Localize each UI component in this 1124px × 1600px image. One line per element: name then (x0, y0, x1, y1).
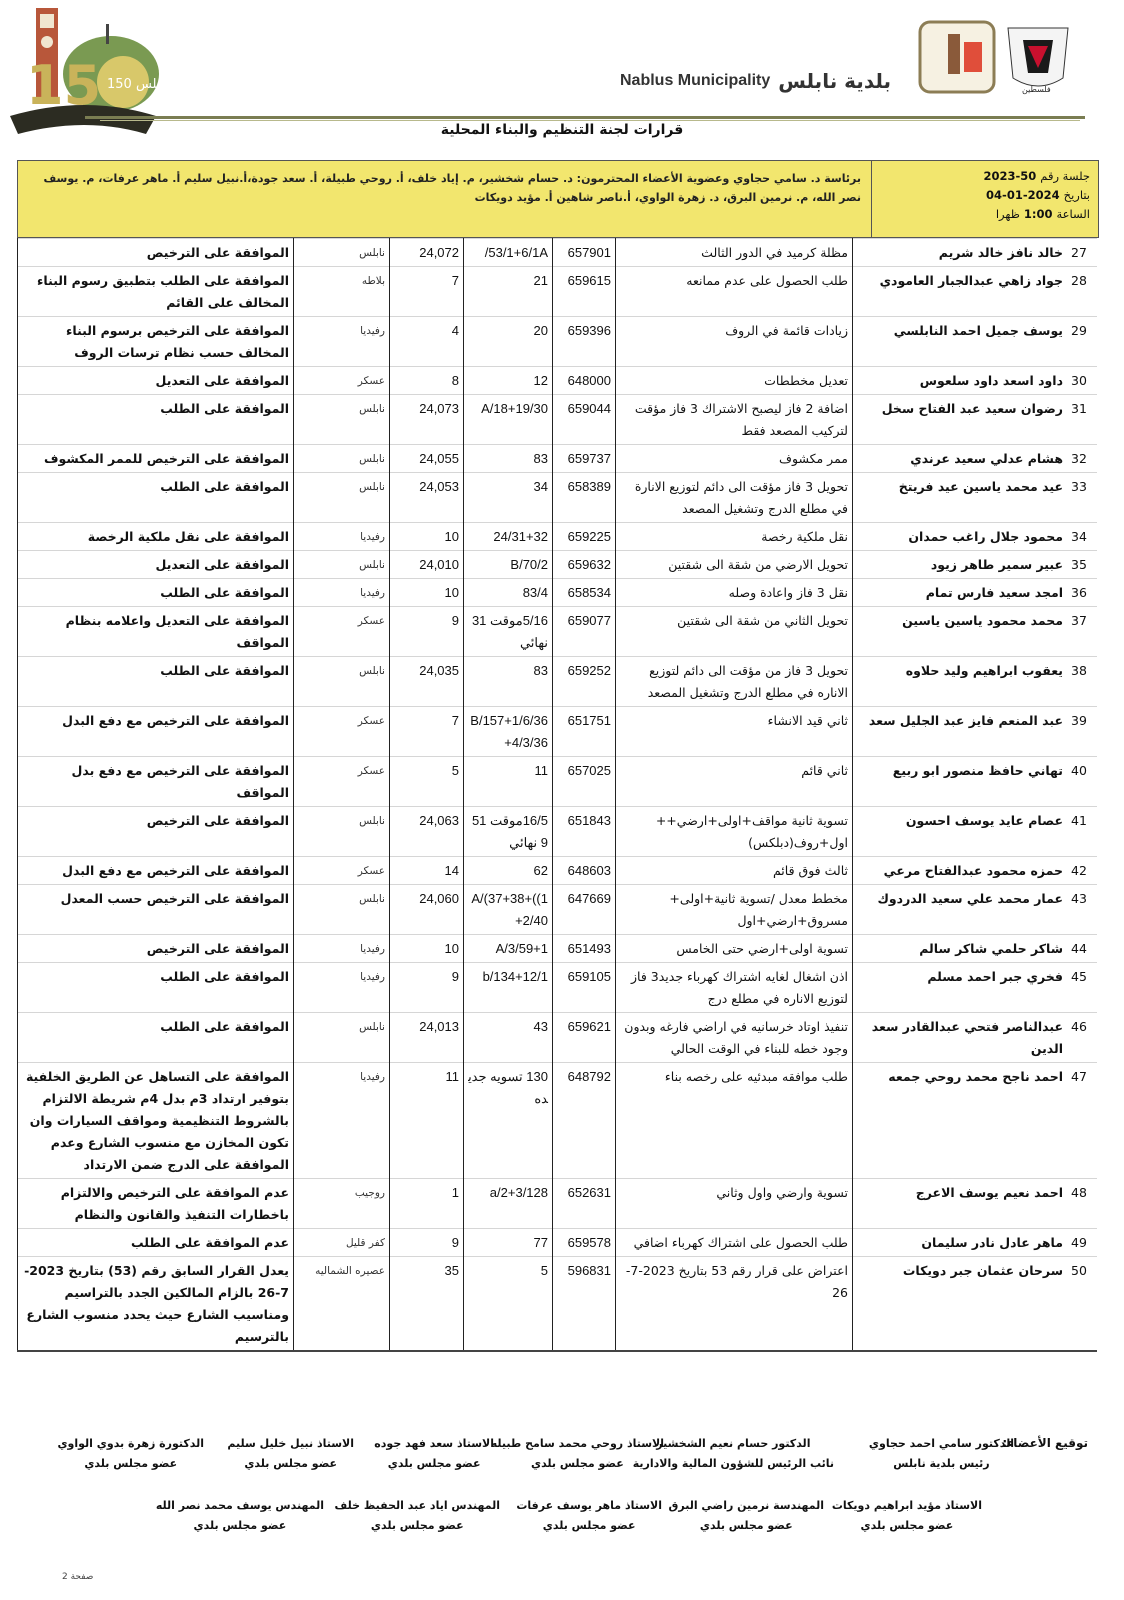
applicant-name: احمد نعيم يوسف الاعرج (853, 1179, 1068, 1229)
applicant-name: محمد محمود ياسين ياسين (853, 607, 1068, 657)
area-name: نابلس (294, 657, 390, 707)
table-row: 39عبد المنعم فايز عبد الجليل سعدثاني قيد… (18, 707, 1098, 757)
basin-number: 10 (390, 523, 464, 551)
basin-number: 24,073 (390, 395, 464, 445)
session-number: جلسة رقم 50-2023 (880, 167, 1090, 186)
request-description: طلب الحصول على عدم ممانعه (616, 267, 853, 317)
table-row: 40تهاني حافظ منصور ابو ربيعثاني قائم6570… (18, 757, 1098, 807)
area-name: نابلس (294, 239, 390, 267)
file-number: 648000 (553, 367, 616, 395)
file-number: 651751 (553, 707, 616, 757)
request-description: ثاني قائم (616, 757, 853, 807)
row-number: 40 (1067, 757, 1097, 807)
decision-text: الموافقة على التعديل (18, 551, 294, 579)
plot-number: 83 (464, 445, 553, 473)
plot-number: 83/4 (464, 579, 553, 607)
row-number: 33 (1067, 473, 1097, 523)
plot-number: B/70/2 (464, 551, 553, 579)
plot-number: A/18+19/30 (464, 395, 553, 445)
area-name: عسكر (294, 367, 390, 395)
area-name: عسكر (294, 857, 390, 885)
area-name: بلاطه (294, 267, 390, 317)
request-description: نقل ملكية رخصة (616, 523, 853, 551)
plot-number: 83 (464, 657, 553, 707)
plot-number: 20 (464, 317, 553, 367)
signature-block: الاستاذ روحي محمد سامح طبيلهعضو مجلس بلد… (491, 1434, 664, 1474)
table-row: 41عصام عايد يوسف احسونتسوية ثانية مواقف+… (18, 807, 1098, 857)
row-number: 38 (1067, 657, 1097, 707)
request-description: ثاني قيد الانشاء (616, 707, 853, 757)
decision-text: الموافقة على الطلب (18, 473, 294, 523)
file-number: 651493 (553, 935, 616, 963)
applicant-name: سرحان عثمان جبر دويكات (853, 1257, 1068, 1352)
brand: Nablus Municipality بلدية نابلس (620, 68, 920, 94)
row-number: 45 (1067, 963, 1097, 1013)
decision-text: الموافقة على الترخيص (18, 239, 294, 267)
table-row: 43عمار محمد علي سعيد الدردوكمخطط معدل /ت… (18, 885, 1098, 935)
basin-number: 24,060 (390, 885, 464, 935)
plot-number: 62 (464, 857, 553, 885)
request-description: ثالث فوق قائم (616, 857, 853, 885)
basin-number: 5 (390, 757, 464, 807)
request-description: مخطط معدل /تسوية ثانية+اولى+ مسروق+ارضي+… (616, 885, 853, 935)
area-name: عصيره الشماليه (294, 1257, 390, 1352)
table-row: 31رضوان سعيد عبد الفتاح سخلاضافة 2 فاز ل… (18, 395, 1098, 445)
session-date: بتاريخ 2024-01-04 (880, 186, 1090, 205)
file-number: 651843 (553, 807, 616, 857)
basin-number: 24,063 (390, 807, 464, 857)
file-number: 659615 (553, 267, 616, 317)
table-row: 33عيد محمد ياسين عيد فريتختحويل 3 فاز مؤ… (18, 473, 1098, 523)
request-description: زيادات قائمة في الروف (616, 317, 853, 367)
area-name: نابلس (294, 1013, 390, 1063)
plot-number: b/134+12/1 (464, 963, 553, 1013)
row-number: 31 (1067, 395, 1097, 445)
decision-text: الموافقة على الترخيص حسب المعدل (18, 885, 294, 935)
decision-text: الموافقة على الطلب (18, 395, 294, 445)
row-number: 37 (1067, 607, 1097, 657)
request-description: اضافة 2 فاز ليصبح الاشتراك 3 فاز مؤقت لت… (616, 395, 853, 445)
signature-block: المهندس يوسف محمد نصر اللهعضو مجلس بلدي (156, 1496, 324, 1536)
signature-block: الدكتورة زهرة بدوي الواويعضو مجلس بلدي (57, 1434, 204, 1474)
decision-text: عدم الموافقة على الطلب (18, 1229, 294, 1257)
row-number: 36 (1067, 579, 1097, 607)
plot-number: a/2+3/128 (464, 1179, 553, 1229)
applicant-name: عصام عايد يوسف احسون (853, 807, 1068, 857)
area-name: رفيديا (294, 963, 390, 1013)
plot-number: 43 (464, 1013, 553, 1063)
applicant-name: داود اسعد داود سلعوس (853, 367, 1068, 395)
plot-number: 5/16موقت 31 نهائي (464, 607, 553, 657)
file-number: 648603 (553, 857, 616, 885)
emblems: فلسطين (918, 18, 1078, 96)
header-rule-thin (100, 120, 1080, 121)
table-row: 42حمزه محمود عبدالفتاح مرعيثالث فوق قائم… (18, 857, 1098, 885)
request-description: تحويل الثاني من شقة الى شقتين (616, 607, 853, 657)
file-number: 652631 (553, 1179, 616, 1229)
decision-text: الموافقة على الترخيص مع دفع البدل (18, 707, 294, 757)
decision-text: الموافقة على نقل ملكية الرخصة (18, 523, 294, 551)
area-name: رفيديا (294, 935, 390, 963)
basin-number: 1 (390, 1179, 464, 1229)
plot-number: 5 (464, 1257, 553, 1352)
request-description: تسوية ثانية مواقف+اولى+ارضي++ اول+روف(دب… (616, 807, 853, 857)
basin-number: 35 (390, 1257, 464, 1352)
basin-number: 24,035 (390, 657, 464, 707)
session-members: برئاسة د. سامي حجاوي وعضوية الأعضاء المح… (18, 161, 871, 237)
table-row: 46عبدالناصر فتحي عبدالقادر سعد الدينتنفي… (18, 1013, 1098, 1063)
request-description: طلب الحصول على اشتراك كهرباء اضافي (616, 1229, 853, 1257)
applicant-name: هشام عدلي سعيد عرندي (853, 445, 1068, 473)
file-number: 659396 (553, 317, 616, 367)
basin-number: 8 (390, 367, 464, 395)
file-number: 657025 (553, 757, 616, 807)
area-name: روجيب (294, 1179, 390, 1229)
basin-number: 24,055 (390, 445, 464, 473)
plot-number: 34 (464, 473, 553, 523)
plot-number: 77 (464, 1229, 553, 1257)
decision-text: الموافقة على الترخيص (18, 807, 294, 857)
file-number: 659077 (553, 607, 616, 657)
area-name: رفيديا (294, 523, 390, 551)
applicant-name: عبير سمير طاهر زيود (853, 551, 1068, 579)
decision-text: عدم الموافقة على الترخيص والالتزام باخطا… (18, 1179, 294, 1229)
table-row: 29يوسف جميل احمد النابلسيزيادات قائمة في… (18, 317, 1098, 367)
row-number: 29 (1067, 317, 1097, 367)
page-number: صفحة 2 (62, 1572, 93, 1582)
session-meta: جلسة رقم 50-2023 بتاريخ 2024-01-04 الساع… (871, 161, 1098, 237)
svg-text:فلسطين: فلسطين (1022, 85, 1051, 94)
file-number: 658389 (553, 473, 616, 523)
request-description: مظلة كرميد في الدور الثالث (616, 239, 853, 267)
letterhead: 15 150 نابلس Nablus Municipality بلدية ن… (0, 0, 1124, 150)
signature-block: الاستاذ ماهر يوسف عرفاتعضو مجلس بلدي (516, 1496, 662, 1536)
area-name: رفيديا (294, 579, 390, 607)
plot-number: A/3/59+1 (464, 935, 553, 963)
decision-text: الموافقة على الطلب (18, 579, 294, 607)
file-number: 659578 (553, 1229, 616, 1257)
request-description: طلب موافقه مبدئيه على رخصه بناء (616, 1063, 853, 1179)
request-description: تسوية وارضي واول وثاني (616, 1179, 853, 1229)
session-info: جلسة رقم 50-2023 بتاريخ 2024-01-04 الساع… (17, 160, 1099, 238)
area-name: رفيديا (294, 1063, 390, 1179)
header-rule (85, 116, 1085, 119)
table-row: 32هشام عدلي سعيد عرنديممر مكشوف659737832… (18, 445, 1098, 473)
table-row: 36امجد سعيد فارس تمامنقل 3 فاز واعادة وص… (18, 579, 1098, 607)
decision-text: الموافقة على الطلب بتطبيق رسوم البناء ال… (18, 267, 294, 317)
applicant-name: شاكر حلمي شاكر سالم (853, 935, 1068, 963)
basin-number: 24,072 (390, 239, 464, 267)
file-number: 659737 (553, 445, 616, 473)
plot-number: 24/31+32 (464, 523, 553, 551)
row-number: 34 (1067, 523, 1097, 551)
row-number: 35 (1067, 551, 1097, 579)
decision-text: الموافقة على الطلب (18, 963, 294, 1013)
applicant-name: يعقوب ابراهيم وليد حلاوه (853, 657, 1068, 707)
plot-number: 21 (464, 267, 553, 317)
brand-english: Nablus Municipality (620, 72, 770, 90)
table-row: 27خالد نافز خالد شريممظلة كرميد في الدور… (18, 239, 1098, 267)
basin-number: 24,053 (390, 473, 464, 523)
row-number: 42 (1067, 857, 1097, 885)
plot-number: 53/1+6/1A/ (464, 239, 553, 267)
applicant-name: عيد محمد ياسين عيد فريتخ (853, 473, 1068, 523)
applicant-name: رضوان سعيد عبد الفتاح سخل (853, 395, 1068, 445)
signature-block: المهندس اياد عبد الحفيظ خلفعضو مجلس بلدي (335, 1496, 500, 1536)
request-description: نقل 3 فاز واعادة وصله (616, 579, 853, 607)
applicant-name: عمار محمد علي سعيد الدردوك (853, 885, 1068, 935)
file-number: 647669 (553, 885, 616, 935)
svg-text:150 نابلس: 150 نابلس (107, 77, 166, 92)
session-time: الساعة 1:00 ظهرا (880, 205, 1090, 224)
area-name: عسكر (294, 707, 390, 757)
basin-number: 9 (390, 1229, 464, 1257)
request-description: تعديل مخططات (616, 367, 853, 395)
table-row: 34محمود جلال راغب حمداننقل ملكية رخصة659… (18, 523, 1098, 551)
table-row: 45فخري جبر احمد مسلماذن اشغال لغايه اشتر… (18, 963, 1098, 1013)
applicant-name: امجد سعيد فارس تمام (853, 579, 1068, 607)
row-number: 39 (1067, 707, 1097, 757)
request-description: ممر مكشوف (616, 445, 853, 473)
basin-number: 4 (390, 317, 464, 367)
applicant-name: تهاني حافظ منصور ابو ربيع (853, 757, 1068, 807)
table-row: 28جواد زاهي عبدالجبار العاموديطلب الحصول… (18, 267, 1098, 317)
file-number: 657901 (553, 239, 616, 267)
table-row: 37محمد محمود ياسين ياسينتحويل الثاني من … (18, 607, 1098, 657)
applicant-name: فخري جبر احمد مسلم (853, 963, 1068, 1013)
table-row: 38يعقوب ابراهيم وليد حلاوهتحويل 3 فاز من… (18, 657, 1098, 707)
row-number: 50 (1067, 1257, 1097, 1352)
table-row: 50سرحان عثمان جبر دويكاتاعتراض على قرار … (18, 1257, 1098, 1352)
row-number: 32 (1067, 445, 1097, 473)
decision-text: الموافقة على الترخيص للممر المكشوف (18, 445, 294, 473)
plot-number: B/157+1/6/36+4/3/36 (464, 707, 553, 757)
row-number: 28 (1067, 267, 1097, 317)
request-description: اذن اشغال لغايه اشتراك كهرباء جديد3 فاز … (616, 963, 853, 1013)
request-description: تسوية اولى+ارضي حتى الخامس (616, 935, 853, 963)
plot-number: 12 (464, 367, 553, 395)
decision-text: الموافقة على الطلب (18, 657, 294, 707)
decision-text: الموافقة على التساهل عن الطريق الخلفية ب… (18, 1063, 294, 1179)
document-title: قرارات لجنة التنظيم والبناء المحلية (0, 122, 1124, 138)
file-number: 659225 (553, 523, 616, 551)
area-name: نابلس (294, 551, 390, 579)
area-name: نابلس (294, 445, 390, 473)
row-number: 48 (1067, 1179, 1097, 1229)
applicant-name: احمد ناجح محمد روحي جمعه (853, 1063, 1068, 1179)
file-number: 596831 (553, 1257, 616, 1352)
applicant-name: يوسف جميل احمد النابلسي (853, 317, 1068, 367)
row-number: 41 (1067, 807, 1097, 857)
basin-number: 11 (390, 1063, 464, 1179)
applicant-name: حمزه محمود عبدالفتاح مرعي (853, 857, 1068, 885)
area-name: نابلس (294, 807, 390, 857)
table-row: 47احمد ناجح محمد روحي جمعهطلب موافقه مبد… (18, 1063, 1098, 1179)
plot-number: 11 (464, 757, 553, 807)
signature-block: المهندسة نرمين راضي البرقعضو مجلس بلدي (669, 1496, 824, 1536)
decision-text: الموافقة على التعديل واعلامه بنظام الموا… (18, 607, 294, 657)
decisions-table: 27خالد نافز خالد شريممظلة كرميد في الدور… (17, 238, 1097, 1352)
request-description: تحويل 3 فاز مؤقت الى دائم لتوزيع الانارة… (616, 473, 853, 523)
signatures-label: توقيع الأعضاء: (1002, 1436, 1088, 1450)
signature-block: الاستاذ نبيل خليل سليمعضو مجلس بلدي (227, 1434, 354, 1474)
applicant-name: ماهر عادل نادر سليمان (853, 1229, 1068, 1257)
applicant-name: عبد المنعم فايز عبد الجليل سعد (853, 707, 1068, 757)
plot-number: 130 تسويه جديده (464, 1063, 553, 1179)
basin-number: 24,010 (390, 551, 464, 579)
basin-number: 10 (390, 579, 464, 607)
signature-block: الدكتور سامي احمد حجاويرئيس بلدية نابلس (869, 1434, 1014, 1474)
area-name: رفيديا (294, 317, 390, 367)
request-description: اعتراض على قرار رقم 53 بتاريخ 2023-7-26 (616, 1257, 853, 1352)
brand-arabic: بلدية نابلس (778, 69, 891, 93)
table-row: 35عبير سمير طاهر زيودتحويل الارضي من شقة… (18, 551, 1098, 579)
file-number: 658534 (553, 579, 616, 607)
row-number: 27 (1067, 239, 1097, 267)
decision-text: الموافقة على الطلب (18, 1013, 294, 1063)
applicant-name: محمود جلال راغب حمدان (853, 523, 1068, 551)
file-number: 659105 (553, 963, 616, 1013)
file-number: 659621 (553, 1013, 616, 1063)
row-number: 49 (1067, 1229, 1097, 1257)
file-number: 659044 (553, 395, 616, 445)
row-number: 46 (1067, 1013, 1097, 1063)
basin-number: 10 (390, 935, 464, 963)
basin-number: 14 (390, 857, 464, 885)
applicant-name: عبدالناصر فتحي عبدالقادر سعد الدين (853, 1013, 1068, 1063)
plot-number: A/(37+38+((1+2/40 (464, 885, 553, 935)
signature-block: الاستاذ مؤيد ابراهيم دويكاتعضو مجلس بلدي (832, 1496, 982, 1536)
table-row: 30داود اسعد داود سلعوستعديل مخططات648000… (18, 367, 1098, 395)
area-name: كفر قليل (294, 1229, 390, 1257)
area-name: نابلس (294, 885, 390, 935)
applicant-name: خالد نافز خالد شريم (853, 239, 1068, 267)
area-name: نابلس (294, 395, 390, 445)
table-row: 48احمد نعيم يوسف الاعرجتسوية وارضي واول … (18, 1179, 1098, 1229)
file-number: 648792 (553, 1063, 616, 1179)
decision-text: الموافقة على الترخيص (18, 935, 294, 963)
basin-number: 7 (390, 707, 464, 757)
basin-number: 9 (390, 963, 464, 1013)
decision-text: يعدل القرار السابق رقم (53) بتاريخ 2023-… (18, 1257, 294, 1352)
signature-block: الاستاذ سعد فهد جودهعضو مجلس بلدي (374, 1434, 494, 1474)
basin-number: 7 (390, 267, 464, 317)
table-row: 44شاكر حلمي شاكر سالمتسوية اولى+ارضي حتى… (18, 935, 1098, 963)
request-description: تنفيذ اوتاد خرسانيه في اراضي فارغه وبدون… (616, 1013, 853, 1063)
row-number: 44 (1067, 935, 1097, 963)
basin-number: 24,013 (390, 1013, 464, 1063)
table-row: 49ماهر عادل نادر سليمانطلب الحصول على اش… (18, 1229, 1098, 1257)
basin-number: 9 (390, 607, 464, 657)
row-number: 43 (1067, 885, 1097, 935)
decision-text: الموافقة على التعديل (18, 367, 294, 395)
file-number: 659252 (553, 657, 616, 707)
row-number: 47 (1067, 1063, 1097, 1179)
plot-number: 16/5موقت 519 نهائي (464, 807, 553, 857)
area-name: عسكر (294, 607, 390, 657)
decision-text: الموافقة على الترخيص مع دفع بدل المواقف (18, 757, 294, 807)
request-description: تحويل 3 فاز من مؤقت الى دائم لتوزيع الان… (616, 657, 853, 707)
area-name: عسكر (294, 757, 390, 807)
applicant-name: جواد زاهي عبدالجبار العامودي (853, 267, 1068, 317)
row-number: 30 (1067, 367, 1097, 395)
file-number: 659632 (553, 551, 616, 579)
decision-text: الموافقة على الترخيص برسوم البناء المخال… (18, 317, 294, 367)
area-name: نابلس (294, 473, 390, 523)
request-description: تحويل الارضي من شقة الى شقتين (616, 551, 853, 579)
decision-text: الموافقة على الترخيص مع دفع البدل (18, 857, 294, 885)
